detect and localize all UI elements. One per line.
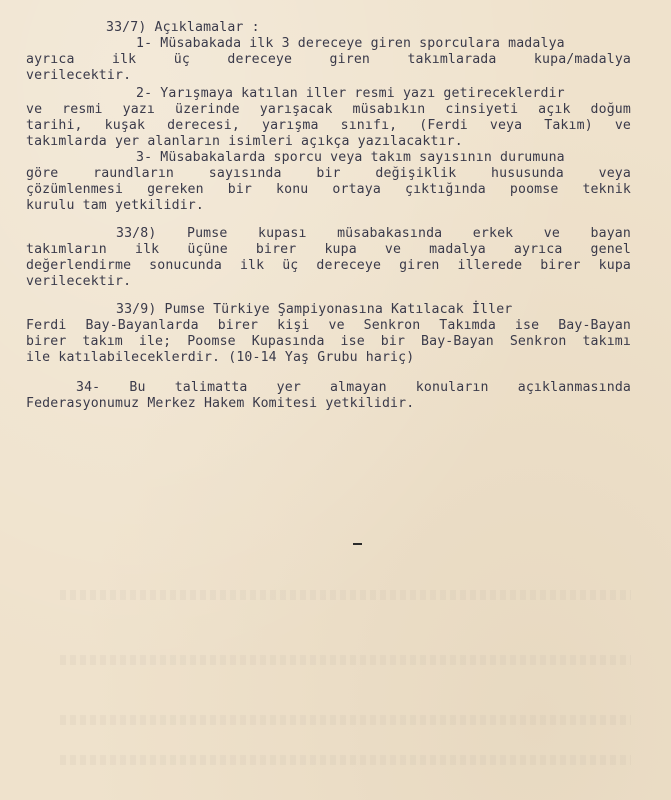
section-33-9-line-3: birer takım ile; Poomse Kupasında ise bi… — [26, 334, 631, 350]
item-1-line-3: verilecektir. — [26, 68, 631, 84]
section-33-9-line-4: ile katılabileceklerdir. (10-14 Yaş Grub… — [26, 350, 631, 366]
item-2-line-1: 2- Yarışmaya katılan iller resmi yazı ge… — [136, 86, 631, 102]
section-33-8-line-1: 33/8) Pumse kupası müsabakasında erkek v… — [116, 226, 631, 242]
section-34-line-1: 34- Bu talimatta yer almayan konuların a… — [76, 380, 631, 396]
page-end-dash — [353, 543, 362, 545]
section-33-8-line-4: verilecektir. — [26, 274, 631, 290]
section-33-8-line-3: değerlendirme sonucunda ilk üç dereceye … — [26, 258, 631, 274]
section-34-line-2: Federasyonumuz Merkez Hakem Komitesi yet… — [26, 396, 631, 412]
item-2-line-2: ve resmi yazı üzerinde yarışacak müsabık… — [26, 102, 631, 118]
item-1-line-1: 1- Müsabakada ilk 3 dereceye giren sporc… — [136, 36, 631, 52]
section-33-9-line-2: Ferdi Bay-Bayanlarda birer kişi ve Senkr… — [26, 318, 631, 334]
section-heading: 33/7) Açıklamalar : — [106, 20, 671, 36]
section-33-9-line-1: 33/9) Pumse Türkiye Şampiyonasına Katıla… — [116, 302, 631, 318]
bleed-through-text — [60, 655, 631, 665]
item-2-line-3: tarihi, kuşak derecesi, yarışma sınıfı, … — [26, 118, 631, 134]
scanned-document-page: 33/7) Açıklamalar : 1- Müsabakada ilk 3 … — [0, 0, 671, 800]
item-3-line-1: 3- Müsabakalarda sporcu veya takım sayıs… — [136, 150, 631, 166]
item-2-line-4: takımlarda yer alanların isimleri açıkça… — [26, 134, 631, 150]
item-3-line-2: göre raundların sayısında bir değişiklik… — [26, 166, 631, 182]
item-3-line-3: çözümlenmesi gereken bir konu ortaya çık… — [26, 182, 631, 198]
bleed-through-text — [60, 715, 631, 725]
bleed-through-text — [60, 590, 631, 600]
item-1-line-2: ayrıca ilk üç dereceye giren takımlarada… — [26, 52, 631, 68]
bleed-through-text — [60, 755, 631, 765]
section-33-8-line-2: takımların ilk üçüne birer kupa ve madal… — [26, 242, 631, 258]
item-3-line-4: kurulu tam yetkilidir. — [26, 198, 631, 214]
